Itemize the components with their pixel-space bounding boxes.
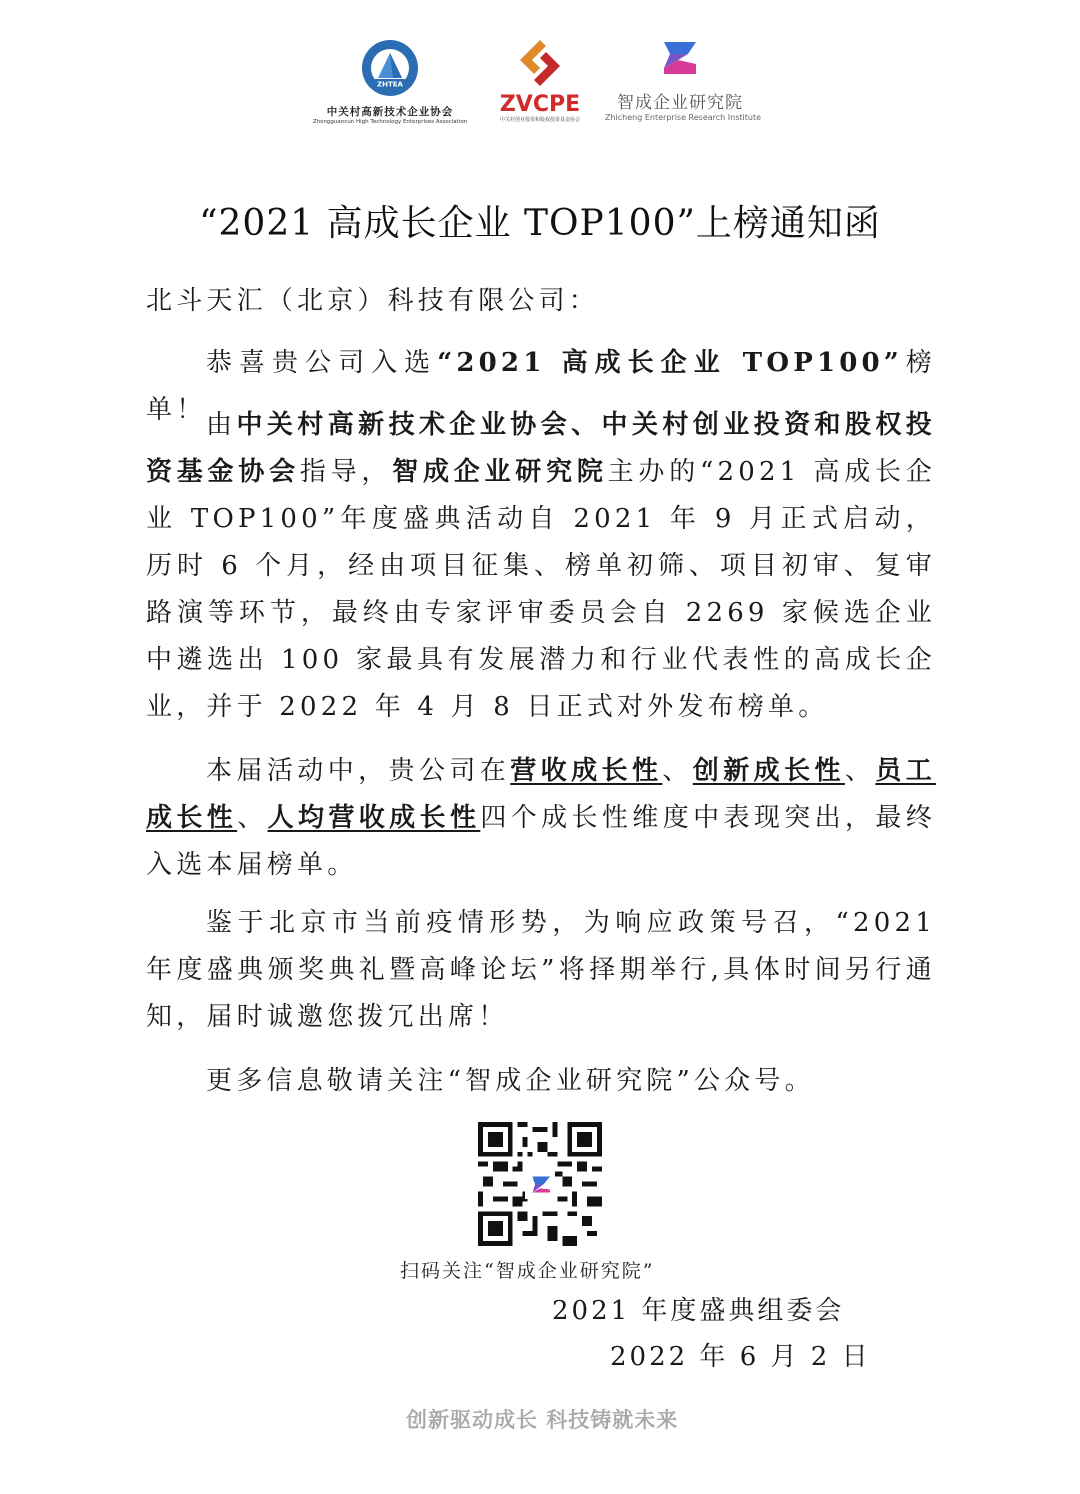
page-title: “2021 高成长企业 TOP100”上榜通知函: [0, 195, 1080, 246]
zhtea-badge-icon: ZHTEA: [360, 38, 420, 98]
signature-date: 2022 年 6 月 2 日: [610, 1336, 871, 1373]
p1-text-3: 主办的“2021 高成长企业 TOP100”年度盛典活动自 2021 年 9 月…: [146, 457, 936, 722]
zhtea-logo: ZHTEA 中关村高新技术企业协会 Zhongguancun High Tech…: [310, 38, 470, 125]
p1-text-2: 指导，: [300, 457, 392, 487]
congrats-prefix: 恭喜贵公司入选: [206, 348, 437, 378]
p1-text-1: 由: [206, 410, 236, 440]
p2-text-1: 本届活动中，贵公司在: [206, 756, 510, 786]
p1-host-org: 智成企业研究院: [392, 457, 607, 487]
qr-caption: 扫码关注“智成企业研究院”: [400, 1256, 654, 1283]
congrats-highlight: “2021 高成长企业 TOP100”: [437, 348, 903, 378]
paragraph-ceremony: 鉴于北京市当前疫情形势，为响应政策号召，“2021 年度盛典颁奖典礼暨高峰论坛”…: [146, 900, 936, 1041]
svg-text:ZHTEA: ZHTEA: [377, 81, 403, 89]
paragraph-organizers: 由中关村高新技术企业协会、中关村创业投资和股权投资基金协会指导，智成企业研究院主…: [146, 402, 936, 731]
zvcpe-wordmark: ZVCPE: [485, 94, 595, 116]
dimension-revenue-growth: 营收成长性: [510, 756, 662, 786]
zvcpe-name-cn: 中关村创业投资和股权投资基金协会: [485, 116, 595, 123]
zhicheng-name-cn: 智成企业研究院: [605, 88, 755, 113]
zhtea-name-cn: 中关村高新技术企业协会: [310, 104, 470, 119]
separator: 、: [662, 756, 692, 786]
separator: 、: [237, 803, 267, 833]
zvcpe-mark-icon: [518, 38, 562, 88]
qr-code[interactable]: [478, 1122, 602, 1246]
dimension-innovation-growth: 创新成长性: [693, 756, 845, 786]
signature-org: 2021 年度盛典组委会: [552, 1290, 844, 1327]
dimension-per-capita-revenue-growth: 人均营收成长性: [268, 803, 481, 833]
separator: 、: [845, 756, 875, 786]
footer-slogan: 创新驱动成长 科技铸就未来: [406, 1404, 678, 1434]
zhtea-name-en: Zhongguancun High Technology Enterprises…: [310, 119, 470, 125]
paragraph-dimensions: 本届活动中，贵公司在营收成长性、创新成长性、员工成长性、人均营收成长性四个成长性…: [146, 748, 936, 889]
zhicheng-z-icon: [658, 38, 702, 78]
salutation: 北斗天汇（北京）科技有限公司：: [146, 278, 936, 325]
zvcpe-logo: ZVCPE 中关村创业投资和股权投资基金协会: [485, 38, 595, 123]
paragraph-follow: 更多信息敬请关注“智成企业研究院”公众号。: [146, 1058, 936, 1105]
zhicheng-name-en: Zhicheng Enterprise Research Institute: [605, 113, 755, 122]
logo-header: ZHTEA 中关村高新技术企业协会 Zhongguancun High Tech…: [310, 38, 770, 138]
zhicheng-logo: 智成企业研究院 Zhicheng Enterprise Research Ins…: [605, 38, 755, 122]
